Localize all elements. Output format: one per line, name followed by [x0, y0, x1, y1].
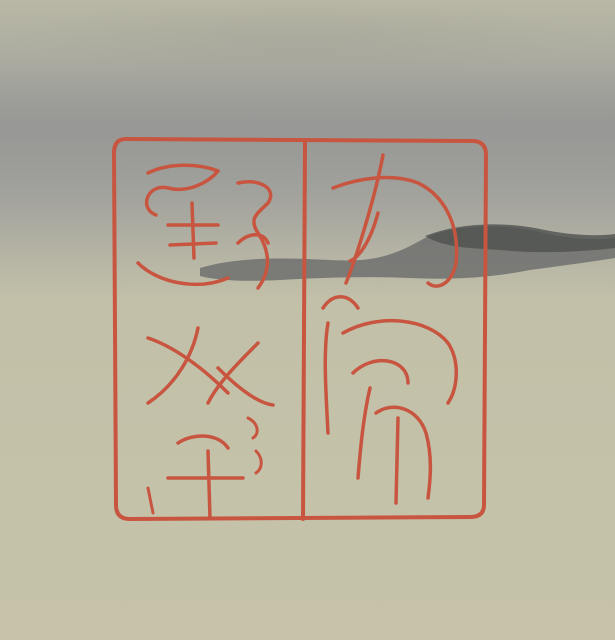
seal-stamp [108, 133, 492, 523]
photo-scene [0, 0, 615, 640]
